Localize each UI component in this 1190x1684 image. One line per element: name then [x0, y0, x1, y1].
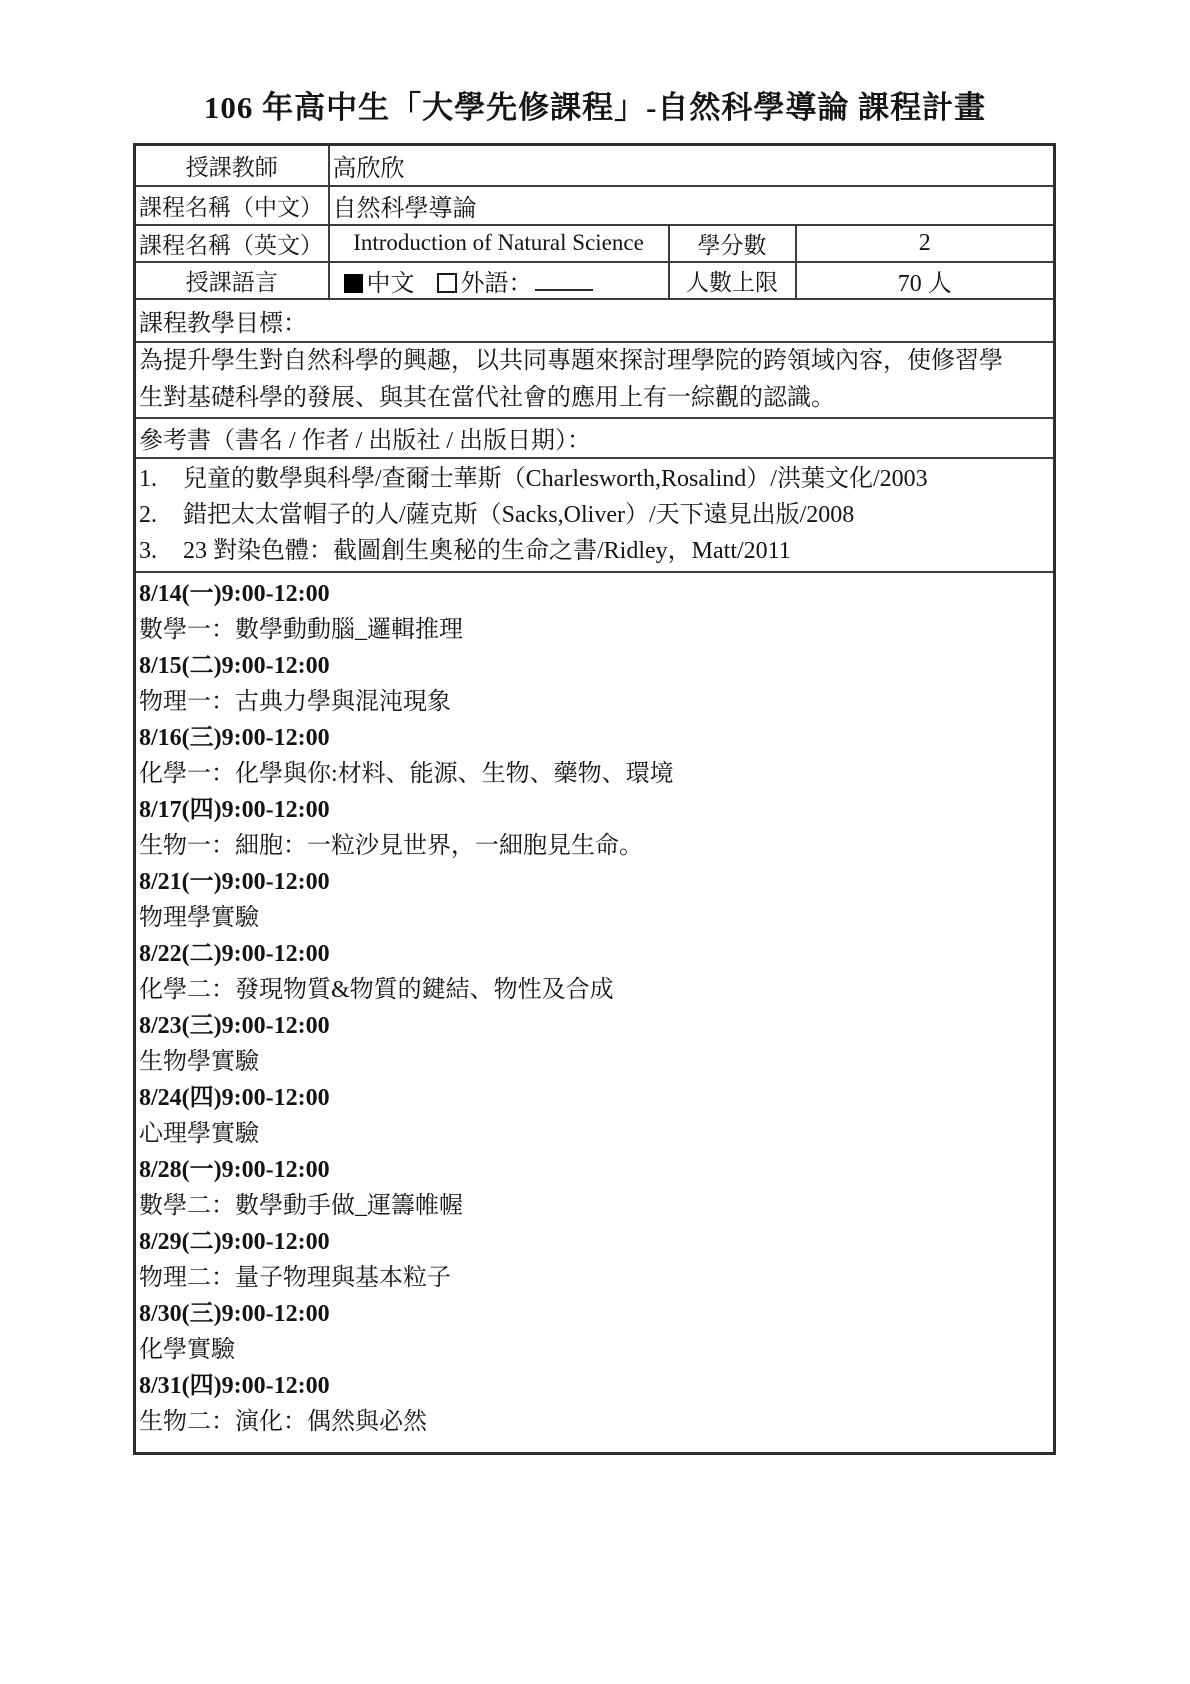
course-name-zh-label: 課程名稱（中文）: [135, 186, 329, 225]
language-option-zh: 中文: [367, 271, 415, 297]
capacity-value: 70 人: [796, 262, 1055, 299]
reference-item-number: 1.: [139, 461, 183, 497]
schedule-topic: 生物一：細胞：一粒沙見世界，一細胞見生命。: [139, 828, 1050, 864]
schedule-topic: 化學實驗: [139, 1332, 1050, 1368]
references-label-row: 參考書（書名 / 作者 / 出版社 / 出版日期）：: [135, 418, 1055, 458]
language-label: 授課語言: [135, 262, 329, 299]
schedule-topic: 物理一：古典力學與混沌現象: [139, 684, 1050, 720]
reference-item: 2.錯把太太當帽子的人/薩克斯（Sacks,Oliver）/天下遠見出版/200…: [139, 497, 1050, 533]
course-name-en-row: 課程名稱（英文） Introduction of Natural Science…: [135, 225, 1055, 262]
credits-label: 學分數: [669, 225, 796, 262]
schedule-topic: 化學一：化學與你:材料、能源、生物、藥物、環境: [139, 756, 1050, 792]
course-name-en-value: Introduction of Natural Science: [329, 225, 669, 262]
schedule-date: 8/31(四)9:00-12:00: [139, 1368, 1050, 1404]
capacity-label: 人數上限: [669, 262, 796, 299]
reference-item: 3.23 對染色體：截圖創生奧秘的生命之書/Ridley，Matt/2011: [139, 533, 1050, 569]
schedule-topic: 物理二：量子物理與基本粒子: [139, 1260, 1050, 1296]
reference-item-text: 錯把太太當帽子的人/薩克斯（Sacks,Oliver）/天下遠見出版/2008: [183, 502, 854, 528]
teacher-value: 高欣欣: [329, 145, 1055, 186]
teacher-label: 授課教師: [135, 145, 329, 186]
schedule-topic: 數學二：數學動手做_運籌帷幄: [139, 1188, 1050, 1224]
schedule-date: 8/21(一)9:00-12:00: [139, 864, 1050, 900]
language-option-foreign: 外語：: [461, 271, 533, 297]
schedule-date: 8/15(二)9:00-12:00: [139, 648, 1050, 684]
reference-item: 1.兒童的數學與科學/查爾士華斯（Charlesworth,Rosalind）/…: [139, 461, 1050, 497]
language-row: 授課語言 中文外語： 人數上限 70 人: [135, 262, 1055, 299]
schedule-date: 8/29(二)9:00-12:00: [139, 1224, 1050, 1260]
language-value: 中文外語：: [329, 262, 669, 299]
references-label: 參考書（書名 / 作者 / 出版社 / 出版日期）：: [135, 418, 1055, 458]
objective-label: 課程教學目標：: [135, 299, 1055, 342]
schedule-date: 8/24(四)9:00-12:00: [139, 1080, 1050, 1116]
objective-text: 為提升學生對自然科學的興趣，以共同專題來探討理學院的跨領域內容，使修習學生對基礎…: [135, 342, 1055, 418]
references-list-row: 1.兒童的數學與科學/查爾士華斯（Charlesworth,Rosalind）/…: [135, 458, 1055, 572]
page-title: 106 年高中生「大學先修課程」-自然科學導論 課程計畫: [0, 0, 1190, 128]
schedule-date: 8/23(三)9:00-12:00: [139, 1008, 1050, 1044]
course-name-zh-row: 課程名稱（中文） 自然科學導論: [135, 186, 1055, 225]
checked-checkbox-icon: [344, 274, 363, 293]
schedule-date: 8/16(三)9:00-12:00: [139, 720, 1050, 756]
course-info-table: 授課教師 高欣欣 課程名稱（中文） 自然科學導論 課程名稱（英文） Introd…: [133, 143, 1056, 1455]
references-list: 1.兒童的數學與科學/查爾士華斯（Charlesworth,Rosalind）/…: [135, 458, 1055, 572]
objective-label-row: 課程教學目標：: [135, 299, 1055, 342]
reference-item-text: 23 對染色體：截圖創生奧秘的生命之書/Ridley，Matt/2011: [183, 538, 791, 564]
schedule-topic: 化學二：發現物質&物質的鍵結、物性及合成: [139, 972, 1050, 1008]
fill-in-blank-line: [535, 269, 593, 291]
objective-text-row: 為提升學生對自然科學的興趣，以共同專題來探討理學院的跨領域內容，使修習學生對基礎…: [135, 342, 1055, 418]
schedule-date: 8/17(四)9:00-12:00: [139, 792, 1050, 828]
schedule-topic: 生物二：演化：偶然與必然: [139, 1404, 1050, 1440]
unchecked-checkbox-icon: [437, 273, 457, 293]
schedule-list: 8/14(一)9:00-12:00 數學一：數學動動腦_邏輯推理 8/15(二)…: [135, 572, 1055, 1454]
schedule-topic: 數學一：數學動動腦_邏輯推理: [139, 612, 1050, 648]
credits-value: 2: [796, 225, 1055, 262]
course-name-en-label: 課程名稱（英文）: [135, 225, 329, 262]
schedule-topic: 物理學實驗: [139, 900, 1050, 936]
reference-item-text: 兒童的數學與科學/查爾士華斯（Charlesworth,Rosalind）/洪葉…: [183, 466, 928, 492]
schedule-date: 8/22(二)9:00-12:00: [139, 936, 1050, 972]
schedule-topic: 生物學實驗: [139, 1044, 1050, 1080]
schedule-date: 8/14(一)9:00-12:00: [139, 576, 1050, 612]
reference-item-number: 2.: [139, 497, 183, 533]
reference-item-number: 3.: [139, 533, 183, 569]
course-name-zh-value: 自然科學導論: [329, 186, 1055, 225]
schedule-date: 8/30(三)9:00-12:00: [139, 1296, 1050, 1332]
schedule-date: 8/28(一)9:00-12:00: [139, 1152, 1050, 1188]
schedule-topic: 心理學實驗: [139, 1116, 1050, 1152]
schedule-row: 8/14(一)9:00-12:00 數學一：數學動動腦_邏輯推理 8/15(二)…: [135, 572, 1055, 1454]
teacher-row: 授課教師 高欣欣: [135, 145, 1055, 186]
